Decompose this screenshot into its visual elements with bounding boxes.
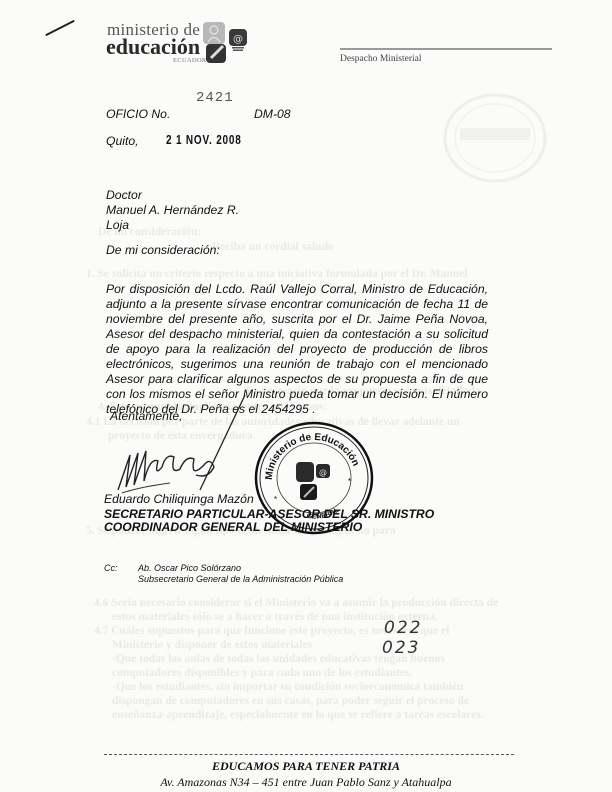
bleed-line: 4.6 Sería necesario considerar si el Min… — [94, 597, 498, 611]
oficio-label: OFICIO No. — [106, 107, 170, 121]
footer-address: Av. Amazonas N34 – 451 entre Juan Pablo … — [0, 775, 612, 790]
handwritten-page-number: 022 — [384, 618, 422, 638]
bleed-line: dispongan de computadores en sus casas, … — [112, 695, 469, 709]
recipient-city: Loja — [106, 218, 129, 232]
bleed-line: -Que los estudiantes, sin importar su co… — [112, 681, 464, 695]
handwritten-page-number: 023 — [382, 638, 420, 658]
signatory-name: Eduardo Chiliquinga Mazón — [104, 492, 254, 506]
org-country: ECUADOR — [173, 57, 207, 64]
recipient-title: Doctor — [106, 188, 142, 202]
footer-motto: EDUCAMOS PARA TENER PATRIA — [0, 759, 612, 774]
header-rule — [340, 48, 552, 50]
bleed-line: Ministerio y disponer de estos materiale… — [112, 639, 312, 653]
oficio-code: DM-08 — [254, 107, 291, 121]
pen-mark — [45, 20, 74, 36]
svg-text:@: @ — [233, 34, 243, 45]
recipient-name: Manuel A. Hernández R. — [106, 203, 239, 217]
department-name: Despacho Ministerial — [340, 54, 422, 64]
svg-text:@: @ — [319, 468, 327, 477]
cc-name: Ab. Oscar Pico Solórzano — [138, 563, 241, 573]
salutation: De mi consideración: — [106, 243, 220, 257]
person-icon — [203, 22, 225, 44]
pencil-icon — [206, 44, 226, 63]
at-sign-icon: @ — [229, 29, 247, 51]
ministry-logo: @ — [203, 22, 253, 64]
date-stamp: 2 1 NOV. 2008 — [166, 133, 242, 147]
oficio-number: 2421 — [196, 90, 234, 106]
cc-label: Cc: — [104, 563, 118, 573]
bleed-line: 1. Se solicita un criterio respecto a un… — [86, 268, 468, 282]
footer-rule — [104, 754, 514, 755]
bleed-line: enseñanza-aprendizaje, especialmente en … — [112, 709, 484, 723]
cc-position: Subsecretario General de la Administraci… — [138, 574, 343, 584]
signatory-title-1: SECRETARIO PARTICULAR-ASESOR DEL SR. MIN… — [104, 507, 434, 521]
svg-text:*: * — [274, 495, 277, 504]
city-label: Quito, — [106, 134, 139, 148]
faint-seal-bleed — [440, 90, 550, 185]
bleed-line: Reciba un cordial saludo — [212, 241, 334, 255]
signatory-title-2: COORDINADOR GENERAL DEL MINISTERIO — [104, 520, 362, 534]
svg-text:*: * — [348, 477, 351, 486]
bleed-line: computadores disponibles y para cada uno… — [112, 667, 412, 681]
